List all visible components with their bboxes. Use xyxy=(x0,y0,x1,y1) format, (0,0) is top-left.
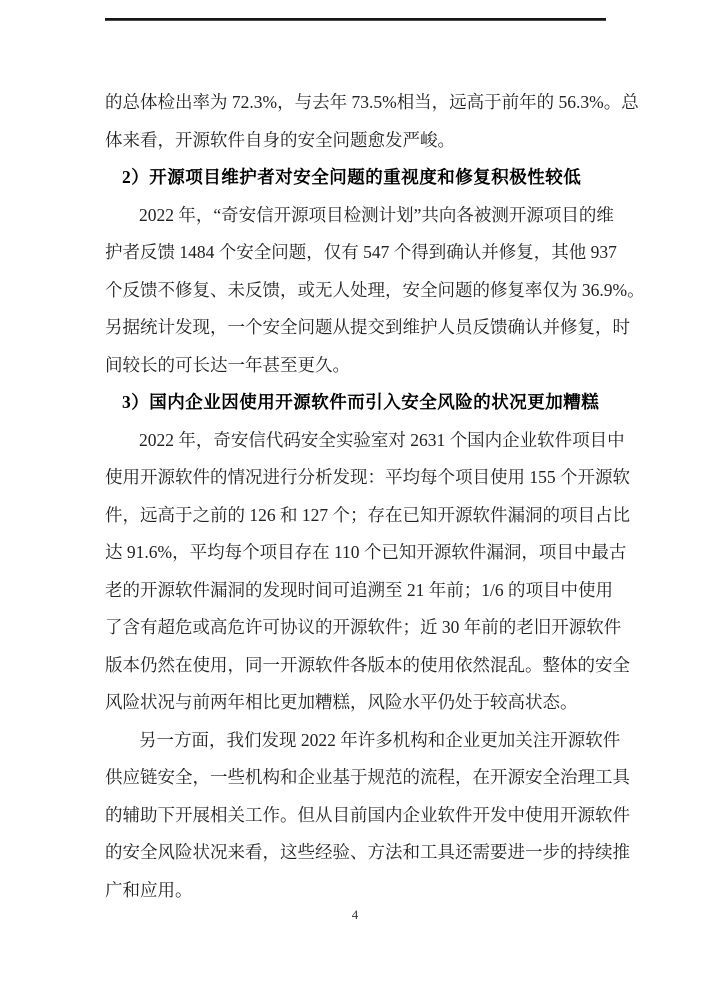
text-line: 2022 年，“奇安信开源项目检测计划”共向各被测开源项目的维 xyxy=(105,197,607,235)
text-line: 达 91.6%，平均每个项目存在 110 个已知开源软件漏洞，项目中最古 xyxy=(105,534,607,572)
text-line: 2022 年，奇安信代码安全实验室对 2631 个国内企业软件项目中 xyxy=(105,422,607,460)
section-heading: 2）开源项目维护者对安全问题的重视度和修复积极性较低 xyxy=(105,159,607,197)
text-line: 的辅助下开展相关工作。但从目前国内企业软件开发中使用开源软件 xyxy=(105,797,607,835)
text-line: 另据统计发现，一个安全问题从提交到维护人员反馈确认并修复，时 xyxy=(105,309,607,347)
page-footer: 4 xyxy=(0,906,710,924)
document-page: 的总体检出率为 72.3%，与去年 73.5%相当，远高于前年的 56.3%。总… xyxy=(0,0,710,1004)
text-line: 广和应用。 xyxy=(105,872,607,910)
text-line: 风险状况与前两年相比更加糟糕，风险水平仍处于较高状态。 xyxy=(105,684,607,722)
text-line: 的总体检出率为 72.3%，与去年 73.5%相当，远高于前年的 56.3%。总 xyxy=(105,84,607,122)
page-content: 的总体检出率为 72.3%，与去年 73.5%相当，远高于前年的 56.3%。总… xyxy=(105,84,607,909)
text-line: 版本仍然在使用，同一开源软件各版本的使用依然混乱。整体的安全 xyxy=(105,647,607,685)
section-heading: 3）国内企业因使用开源软件而引入安全风险的状况更加糟糕 xyxy=(105,384,607,422)
text-line: 体来看，开源软件自身的安全问题愈发严峻。 xyxy=(105,122,607,160)
text-line: 件，远高于之前的 126 和 127 个；存在已知开源软件漏洞的项目占比 xyxy=(105,497,607,535)
text-line: 另一方面，我们发现 2022 年许多机构和企业更加关注开源软件 xyxy=(105,722,607,760)
text-line: 老的开源软件漏洞的发现时间可追溯至 21 年前；1/6 的项目中使用 xyxy=(105,572,607,610)
page-number: 4 xyxy=(352,907,359,922)
text-line: 护者反馈 1484 个安全问题，仅有 547 个得到确认并修复，其他 937 xyxy=(105,234,607,272)
text-line: 了含有超危或高危许可协议的开源软件；近 30 年前的老旧开源软件 xyxy=(105,609,607,647)
text-line: 使用开源软件的情况进行分析发现：平均每个项目使用 155 个开源软 xyxy=(105,459,607,497)
text-line: 间较长的可长达一年甚至更久。 xyxy=(105,347,607,385)
text-line: 个反馈不修复、未反馈，或无人处理，安全问题的修复率仅为 36.9%。 xyxy=(105,272,607,310)
header-rule xyxy=(105,18,606,21)
text-line: 的安全风险状况来看，这些经验、方法和工具还需要进一步的持续推 xyxy=(105,834,607,872)
text-line: 供应链安全，一些机构和企业基于规范的流程，在开源安全治理工具 xyxy=(105,759,607,797)
